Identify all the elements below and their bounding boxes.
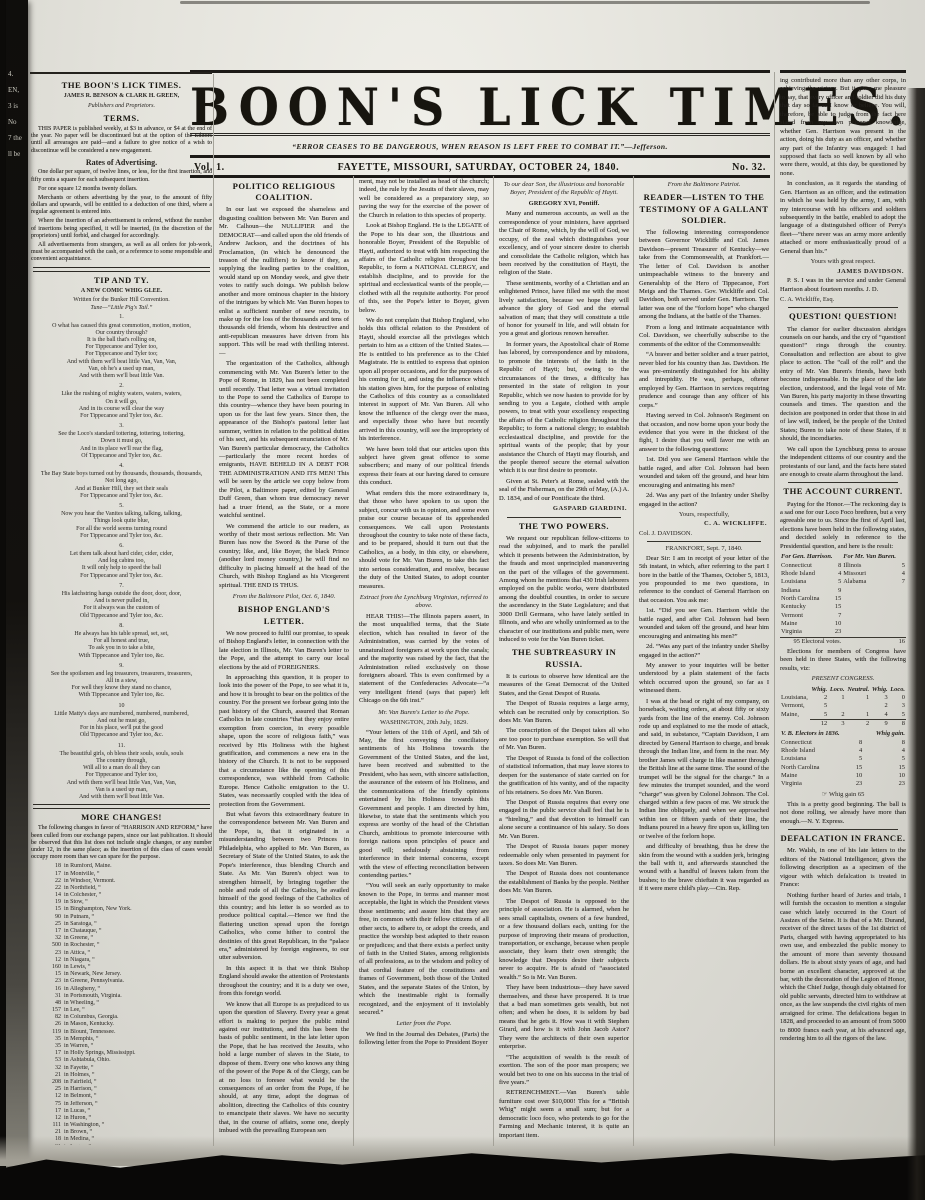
electoral-votes: [895, 603, 906, 611]
change-count: 26: [31, 1021, 61, 1028]
paragraph: Elections for members of Congress have b…: [780, 648, 906, 673]
verse-line: See the spoilsmen and leg treasurers, tr…: [31, 671, 212, 678]
section-double-rule: [33, 267, 210, 272]
paragraph: THIS PAPER is published weekly, at $3 in…: [31, 126, 212, 155]
total-value: 12: [810, 719, 828, 728]
cell-value: 4: [870, 711, 888, 720]
paragraph: From a long and intimate acquaintance wi…: [639, 324, 769, 349]
cell-value: 5: [810, 711, 828, 720]
article-heading: THE TWO POWERS.: [499, 521, 629, 532]
paragraph: The Despot of Russia is opposed to the p…: [499, 898, 629, 982]
table-row: Virginia2323: [780, 780, 906, 788]
electoral-votes: 23: [832, 628, 843, 637]
total-right: 16: [842, 637, 906, 646]
verse: He always has his table spread, set, set…: [31, 631, 212, 660]
verse-line: And with them we'll beat little Van, Van…: [31, 780, 212, 787]
paragraph: All advertisements from strangers, as we…: [31, 242, 212, 264]
state-name: North Carolina: [780, 764, 849, 772]
verse-line: It is the ball that's rolling on,: [31, 337, 212, 344]
change-count: 48: [31, 1000, 61, 1007]
paragraph: The Despot of Russia does not countenanc…: [499, 870, 629, 895]
table-row: North Carolina15: [780, 595, 906, 603]
electors-1836: 8: [849, 739, 863, 747]
change-entry: 23in Greene, Pennsylvania.: [31, 978, 212, 985]
verse-line: Little Matty's days are numbered, number…: [31, 711, 212, 718]
gutter-text-fragment: EN,: [8, 86, 28, 94]
paragraph: 2d. Was any part of the Infantry under S…: [639, 492, 769, 509]
dateline: FAYETTE, MISSOURI, SATURDAY, OCTOBER 24,…: [338, 162, 620, 173]
article-heading: MORE CHANGES!: [31, 812, 212, 822]
verse: Like the rushing of mighty waters, water…: [31, 391, 212, 420]
paragraph: and difficulty of breathing, thus he dre…: [639, 843, 769, 894]
table-row: Maine1010: [780, 772, 906, 780]
centered-line: Written for the Bunker Hill Convention.: [31, 297, 212, 304]
change-count: 160: [31, 964, 61, 971]
gutter-text-fragment: 3 is: [8, 102, 28, 110]
state-name: [842, 587, 895, 595]
cell-value: 1: [846, 694, 871, 702]
paragraph: The Despot of Russia issues paper money …: [499, 843, 629, 868]
verse-number: 3.: [31, 423, 212, 430]
table-row: Vermont,523: [780, 702, 906, 710]
electoral-votes: 15: [832, 603, 843, 611]
electoral-votes: 4: [832, 570, 843, 578]
paragraph: Many and numerous accounts, as well as t…: [499, 210, 629, 278]
change-count: 17: [31, 1050, 61, 1057]
verse-line: The Bay State boys turned out by thousan…: [31, 471, 212, 478]
paragraph: We now proceed to fulfil our promise, to…: [219, 630, 349, 672]
verse-line: Now you hear the Vanites talking, talkin…: [31, 511, 212, 518]
paragraph: 2d. “Was any part of the infantry under …: [639, 643, 769, 660]
section-heading: Rates of Advertising.: [31, 158, 212, 168]
change-entry: 14in Colchester, “: [31, 892, 212, 899]
change-entry: 208in Fairfield, “: [31, 1079, 212, 1086]
column-rule: [213, 74, 214, 1146]
verse-line: It will only help to speed the ball: [31, 565, 212, 572]
change-count: 500: [31, 942, 61, 949]
electors-1836: 5: [849, 755, 863, 763]
change-count: 25: [31, 921, 61, 928]
electors-1836: 4: [849, 747, 863, 755]
verse-line: For Tippecanoe and Tyler too, &c.: [31, 573, 212, 580]
table-header: Whig gain.: [863, 730, 906, 738]
paragraph: One dollar per square, of twelve lines, …: [31, 169, 212, 183]
whig-gain: 8: [863, 739, 906, 747]
paragraph: My answer to your inquiries will be bett…: [639, 662, 769, 696]
verse-number: 1.: [31, 314, 212, 321]
verse-line: Like the rushing of mighty waters, water…: [31, 391, 212, 398]
cell-value: 5: [889, 711, 906, 720]
state-name: Virginia: [780, 628, 832, 637]
verse: The Bay State boys turned out by thousan…: [31, 471, 212, 500]
change-count: 22: [31, 878, 61, 885]
verse-line: And log cabins too,: [31, 558, 212, 565]
change-count: 32: [31, 1065, 61, 1072]
paragraph: 1st. Did you see General Harrison while …: [639, 456, 769, 490]
article-heading: READER—LISTEN TO THE TESTIMONY OF A GALL…: [639, 192, 769, 226]
whig-gain: 5: [863, 755, 906, 763]
paragraph: The Despot of Russia is fond of the coll…: [499, 755, 629, 797]
attribution: Mr. Van Buren's Letter to the Pope.: [359, 709, 489, 717]
table-row: Louisiana55: [780, 755, 906, 763]
electoral-votes: 5: [895, 562, 906, 570]
electoral-votes: 7: [895, 578, 906, 586]
gutter-text-fragment: 7 the: [8, 134, 28, 142]
scan-right-band: [907, 88, 925, 1200]
addressee-line: C. A. Wickliffe, Esq.: [780, 296, 906, 304]
verse: See the Loco's standard tottering, totte…: [31, 431, 212, 460]
table-row: Maine,52145: [780, 711, 906, 720]
whig-gain-note: ☞ Whig gain 65: [780, 791, 906, 799]
verse-line: For well they know they stand no chance,: [31, 685, 212, 692]
verse-number: 11.: [31, 743, 212, 750]
electors-1836: 10: [849, 772, 863, 780]
paragraph: “The acquisition of wealth is the result…: [499, 1054, 629, 1088]
paragraph: Merchants or others advertising by the y…: [31, 195, 212, 217]
column-header: [780, 686, 810, 694]
change-entry: 90in Putnam, “: [31, 914, 212, 921]
change-entry: 48in Wheeling, “: [31, 1000, 212, 1007]
masthead-motto: “ERROR CEASES TO BE DANGEROUS, WHEN REAS…: [190, 142, 770, 151]
verse-line: See the Loco's standard tottering, totte…: [31, 431, 212, 438]
verse-line: All in a stew,: [31, 678, 212, 685]
verse-line: With Tippecanoe and Tyler too, &c.: [31, 653, 212, 660]
total-value: 2: [846, 719, 871, 728]
table-total-row: 123298: [780, 719, 906, 728]
change-count: 12: [31, 1115, 61, 1122]
verse: Let them talk about hard cider, cider, c…: [31, 551, 212, 580]
cell-value: 0: [889, 694, 906, 702]
change-count: 53: [31, 1057, 61, 1064]
newspaper-title: BOON'S LICK TIMES.: [190, 77, 770, 137]
verse-line: O what has caused this great commotion, …: [31, 323, 212, 330]
total-value: 9: [870, 719, 888, 728]
paragraph: It is curious to observe how identical a…: [499, 673, 629, 698]
change-count: 18: [31, 863, 61, 870]
column-5: From the Baltimore Patriot.READER—LISTEN…: [639, 178, 769, 1146]
column-header: Loco.: [828, 686, 845, 694]
cell-value: 1: [828, 694, 845, 702]
table-header-row: V. B. Electors in 1836.Whig gain.: [780, 730, 906, 738]
verse-line: And with them we'll beat little Van, Van…: [31, 359, 212, 366]
change-count: 17: [31, 928, 61, 935]
state-name: Connecticut: [780, 562, 832, 570]
state-name: Vermont,: [780, 702, 810, 710]
verse-line: He always has his table spread, set, set…: [31, 631, 212, 638]
paragraph: The conscription of the Despot takes all…: [499, 727, 629, 752]
electoral-votes: [895, 628, 906, 637]
addressee-line: Col. J. DAVIDSON.: [639, 530, 769, 538]
change-count: 119: [31, 1029, 61, 1036]
table-header: V. B. Electors in 1836.: [780, 730, 863, 738]
change-entry: 160in Lewis, “: [31, 964, 212, 971]
table-row: Connecticut8Illinois5: [780, 562, 906, 570]
verse-line: And in its place we'll rear the flag,: [31, 446, 212, 453]
change-entry: 15in Binghampton, New York.: [31, 906, 212, 913]
newspaper-scan: 4.EN,3 isNo7 thell be BOON'S LICK TIMES.…: [0, 0, 925, 1200]
section-rule: [788, 829, 898, 830]
change-count: 12: [31, 957, 61, 964]
change-entry: 19in Stow, “: [31, 899, 212, 906]
scan-top-edge: [180, 1, 870, 4]
verse-line: Not long ago,: [31, 478, 212, 485]
verse-line: The country through,: [31, 758, 212, 765]
change-count: 90: [31, 914, 61, 921]
paragraph: We do not complain that Bishop England, …: [359, 317, 489, 444]
state-name: Rhode Island: [780, 570, 832, 578]
paragraph: These sentiments, worthy of a Christian …: [499, 280, 629, 339]
table-title: PRESENT CONGRESS.: [780, 675, 906, 683]
change-entry: 26in Mason, Kentucky.: [31, 1021, 212, 1028]
table-row: Maine10: [780, 620, 906, 628]
verse-number: 5.: [31, 503, 212, 510]
table-row: Kentucky15: [780, 603, 906, 611]
verse-number: 9.: [31, 663, 212, 670]
masthead: BOON'S LICK TIMES. “ERROR CEASES TO BE D…: [190, 70, 770, 180]
verse-line: And at Bunker Hill, they set their seals: [31, 486, 212, 493]
table-row: Rhode Island4Missouri4: [780, 570, 906, 578]
whig-gain: 15: [863, 764, 906, 772]
change-entry: 12in Niagara, “: [31, 957, 212, 964]
electoral-votes: 4: [895, 570, 906, 578]
article-heading: DEFALCATION IN FRANCE.: [780, 833, 906, 844]
verse-line: Van, oh he's a used up man,: [31, 366, 212, 373]
congress-table-block: PRESENT CONGRESS.Whig.Loco.Neutral.Whig.…: [780, 675, 906, 728]
electoral-votes: 5: [832, 578, 843, 586]
change-count: 75: [31, 1101, 61, 1108]
verse-line: To ask you in to take a bite,: [31, 645, 212, 652]
electoral-votes: 10: [832, 620, 843, 628]
attribution: To our dear Son, the illustrious and hon…: [499, 181, 629, 198]
verse-line: For all honest and true,: [31, 638, 212, 645]
verse: See the spoilsmen and leg treasurers, tr…: [31, 671, 212, 700]
section-rule: [788, 307, 898, 308]
paragraph: In former years, the Apostolical chair o…: [499, 341, 629, 476]
column-header: Whig.: [870, 686, 888, 694]
change-count: 31: [31, 993, 61, 1000]
change-entry: 23in Attica, “: [31, 950, 212, 957]
state-name: Maine: [780, 772, 849, 780]
column-4: To our dear Son, the illustrious and hon…: [499, 178, 629, 1146]
gutter-text-fragment: ll be: [8, 150, 28, 158]
verse-line: For Tippecanoe and Tyler too,: [31, 344, 212, 351]
cell-value: 2: [828, 711, 845, 720]
change-entry: 31in Portsmouth, Virginia.: [31, 993, 212, 1000]
change-entry: 53in Ashtabula, Ohio.: [31, 1057, 212, 1064]
change-entry: 21in Holmes, “: [31, 1072, 212, 1079]
change-entry: 82in Columbus, Georgia.: [31, 1014, 212, 1021]
verse-line: Let them talk about hard cider, cider, c…: [31, 551, 212, 558]
verse-line: His latchstring hangs outside the door, …: [31, 591, 212, 598]
paragraph: This is a pretty good beginning. The bal…: [780, 801, 906, 826]
electors-1836: 23: [849, 780, 863, 788]
state-name: Vermont: [780, 612, 832, 620]
article-heading: THE ACCOUNT CURRENT.: [780, 486, 906, 497]
verse: O what has caused this great commotion, …: [31, 323, 212, 381]
change-entry: 157in Lee, “: [31, 1007, 212, 1014]
change-entry: 16in Allegheny, “: [31, 986, 212, 993]
change-count: 35: [31, 1043, 61, 1050]
change-count: 17: [31, 871, 61, 878]
column-rule: [774, 72, 775, 1146]
change-entry: 25in Harrison, “: [31, 1086, 212, 1093]
column-top-rule: [30, 72, 212, 74]
section-rule: [647, 541, 761, 542]
cell-value: 1: [846, 711, 871, 720]
cell-value: 2: [870, 702, 888, 710]
change-entry: 32in Fayette, “: [31, 1065, 212, 1072]
paragraph: Dear Sir: I am in receipt of your letter…: [639, 555, 769, 606]
verse-number: 10: [31, 703, 212, 710]
electoral-votes: [895, 612, 906, 620]
change-entry: 500in Rochester, “: [31, 942, 212, 949]
paragraph: RETRENCHMENT.—Van Buren's table furnitur…: [499, 1089, 629, 1140]
state-name: Illinois: [842, 562, 895, 570]
change-entry: 35in Warren, “: [31, 1043, 212, 1050]
verse-line: Old Tippecanoe and Tyler too, &c.: [31, 732, 212, 739]
state-name: Indiana: [780, 587, 832, 595]
state-name: Rhode Island: [780, 747, 849, 755]
signature: C. A. WICKLIFFE.: [639, 520, 767, 528]
paragraph: We have been told that our articles upon…: [359, 446, 489, 488]
verse-number: 2.: [31, 383, 212, 390]
total-value: 8: [889, 719, 906, 728]
verse-line: Old Tippecanoe and Tyler too, &c.: [31, 613, 212, 620]
state-name: Connecticut: [780, 739, 849, 747]
whig-gain: 10: [863, 772, 906, 780]
centered-bold-line: GREGORY XVI, Pontiff.: [499, 200, 629, 208]
paragraph: The organization of the Catholics, altho…: [219, 360, 349, 520]
paragraph: In approaching this question, it is prop…: [219, 674, 349, 809]
change-count: 14: [31, 892, 61, 899]
paragraph-continuation: ment, may not be installed as head of th…: [359, 178, 489, 220]
paragraph: “You will seek an early opportunity to m…: [359, 882, 489, 1017]
centered-italic-line: Tune—“Little Pig's Tail.”: [31, 305, 212, 312]
verse: The beautiful girls, oh bless their soul…: [31, 751, 212, 801]
state-name: Louisiana: [780, 755, 849, 763]
paragraph: In our last we exposed the shameless and…: [219, 206, 349, 358]
change-entry: 17in Holly Springs, Mississippi.: [31, 1050, 212, 1057]
change-count: 22: [31, 885, 61, 892]
verse-line: On it will go,: [31, 399, 212, 406]
electoral-votes: [895, 595, 906, 603]
issue-number: No. 32.: [732, 162, 766, 173]
state-name: [842, 612, 895, 620]
change-count: 23: [31, 950, 61, 957]
change-entry: 17in Lucas, “: [31, 1108, 212, 1115]
verse-line: Van is a used up man,: [31, 787, 212, 794]
change-count: 15: [31, 971, 61, 978]
paragraph: The Despot of Russia requires a large ar…: [499, 700, 629, 725]
verse-line: For Tippecanoe and Tyler too,: [31, 772, 212, 779]
verse-line: For it always was the custom of: [31, 605, 212, 612]
column-rule: [493, 176, 494, 1146]
electoral-votes: [895, 620, 906, 628]
attribution: From the Baltimore Patriot.: [639, 181, 769, 189]
congress-table: Whig.Loco.Neutral.Whig.Loco.Louisiana,21…: [780, 686, 906, 729]
article-heading: THE SUBTREASURY IN RUSSIA.: [499, 647, 629, 669]
column-header: Loco.: [889, 686, 906, 694]
column-rule: [353, 176, 354, 1146]
change-entry: 25in Saratoga, “: [31, 921, 212, 928]
centered-line: FRANKFORT, Sept. 7, 1840.: [639, 545, 769, 553]
total-left: 95 Electoral votes.: [780, 637, 842, 646]
change-count: 32: [31, 935, 61, 942]
total-value: 3: [828, 719, 845, 728]
signature: JAMES DAVIDSON.: [780, 268, 904, 276]
change-count: 25: [31, 1086, 61, 1093]
paragraph: Nothing further heard of Juries and tria…: [780, 892, 906, 1044]
verse: Little Matty's days are numbered, number…: [31, 711, 212, 740]
paragraph: The Despot of Russia requires that every…: [499, 799, 629, 841]
verse-line: And with them we'll beat little Van.: [31, 794, 212, 801]
centered-line: Yours with great respect.: [780, 258, 906, 266]
change-count: 19: [31, 899, 61, 906]
verse-line: Things look quite blue,: [31, 518, 212, 525]
change-count: 208: [31, 1079, 61, 1086]
cell-value: [828, 702, 845, 710]
table-row: Virginia23: [780, 628, 906, 637]
state-name: Louisiana: [780, 578, 832, 586]
change-count: 15: [31, 906, 61, 913]
change-count: 35: [31, 1036, 61, 1043]
paragraph: We find in the Journal des Debates, (Par…: [359, 1031, 489, 1048]
cell-value: 2: [810, 694, 828, 702]
table-total-row: 95 Electoral votes.16: [780, 637, 906, 646]
state-name: [842, 603, 895, 611]
electors-1836: 15: [849, 764, 863, 772]
total-value: [780, 719, 810, 728]
paragraph: The following changes in favor of “HARRI…: [31, 825, 212, 861]
article-heading: BISHOP ENGLAND'S LETTER.: [219, 604, 349, 626]
verse-number: 6.: [31, 543, 212, 550]
table-row: Vermont7: [780, 612, 906, 620]
change-entry: 12in Belmont, “: [31, 1093, 212, 1100]
article-heading: TIP AND TY.: [31, 275, 212, 285]
verse-line: And out he must go,: [31, 718, 212, 725]
centered-bold-line: A NEW COMIC WHIG GLEE.: [31, 288, 212, 295]
paragraph: For one square 12 months twenty dollars.: [31, 186, 212, 193]
verse-line: With Tippecanoe and Tyler too, &c.: [31, 692, 212, 699]
verse-line: For Tippecanoe and Tyler too, &c.: [31, 413, 212, 420]
paragraph-continuation: ing contributed more than any other corp…: [780, 77, 906, 178]
cell-value: 5: [810, 702, 828, 710]
column-rule: [633, 176, 634, 1146]
table-header: For Gen. Harrison.: [780, 553, 842, 561]
table-row: Louisiana5Alabama7: [780, 578, 906, 586]
change-entry: 22in Windsor, Vermont.: [31, 878, 212, 885]
paragraph: The clamor for earlier discussion abridg…: [780, 326, 906, 444]
section-double-rule: [33, 804, 210, 809]
change-count: 157: [31, 1007, 61, 1014]
attribution: Letter from the Pope.: [359, 1020, 489, 1028]
masthead-top-rule: [190, 70, 770, 73]
change-entry: 35in Memphis, “: [31, 1036, 212, 1043]
paragraph: Paying for the Honor.—The reckoning day …: [780, 501, 906, 552]
state-name: North Carolina: [780, 595, 832, 603]
electoral-votes: 8: [832, 562, 843, 570]
centered-line: Yours, respectfully,: [639, 511, 769, 519]
state-name: [842, 595, 895, 603]
verse-line: For in his place, we'll put the good: [31, 725, 212, 732]
verse-number: 8.: [31, 623, 212, 630]
section-rule: [788, 482, 898, 483]
paragraph: In this aspect it is that we think Bisho…: [219, 965, 349, 999]
article-heading: QUESTION! QUESTION!: [780, 311, 906, 322]
table-row: Indiana9: [780, 587, 906, 595]
verse-number: 4.: [31, 463, 212, 470]
paragraph: Mr. Walsh, in one of his late letters to…: [780, 847, 906, 889]
